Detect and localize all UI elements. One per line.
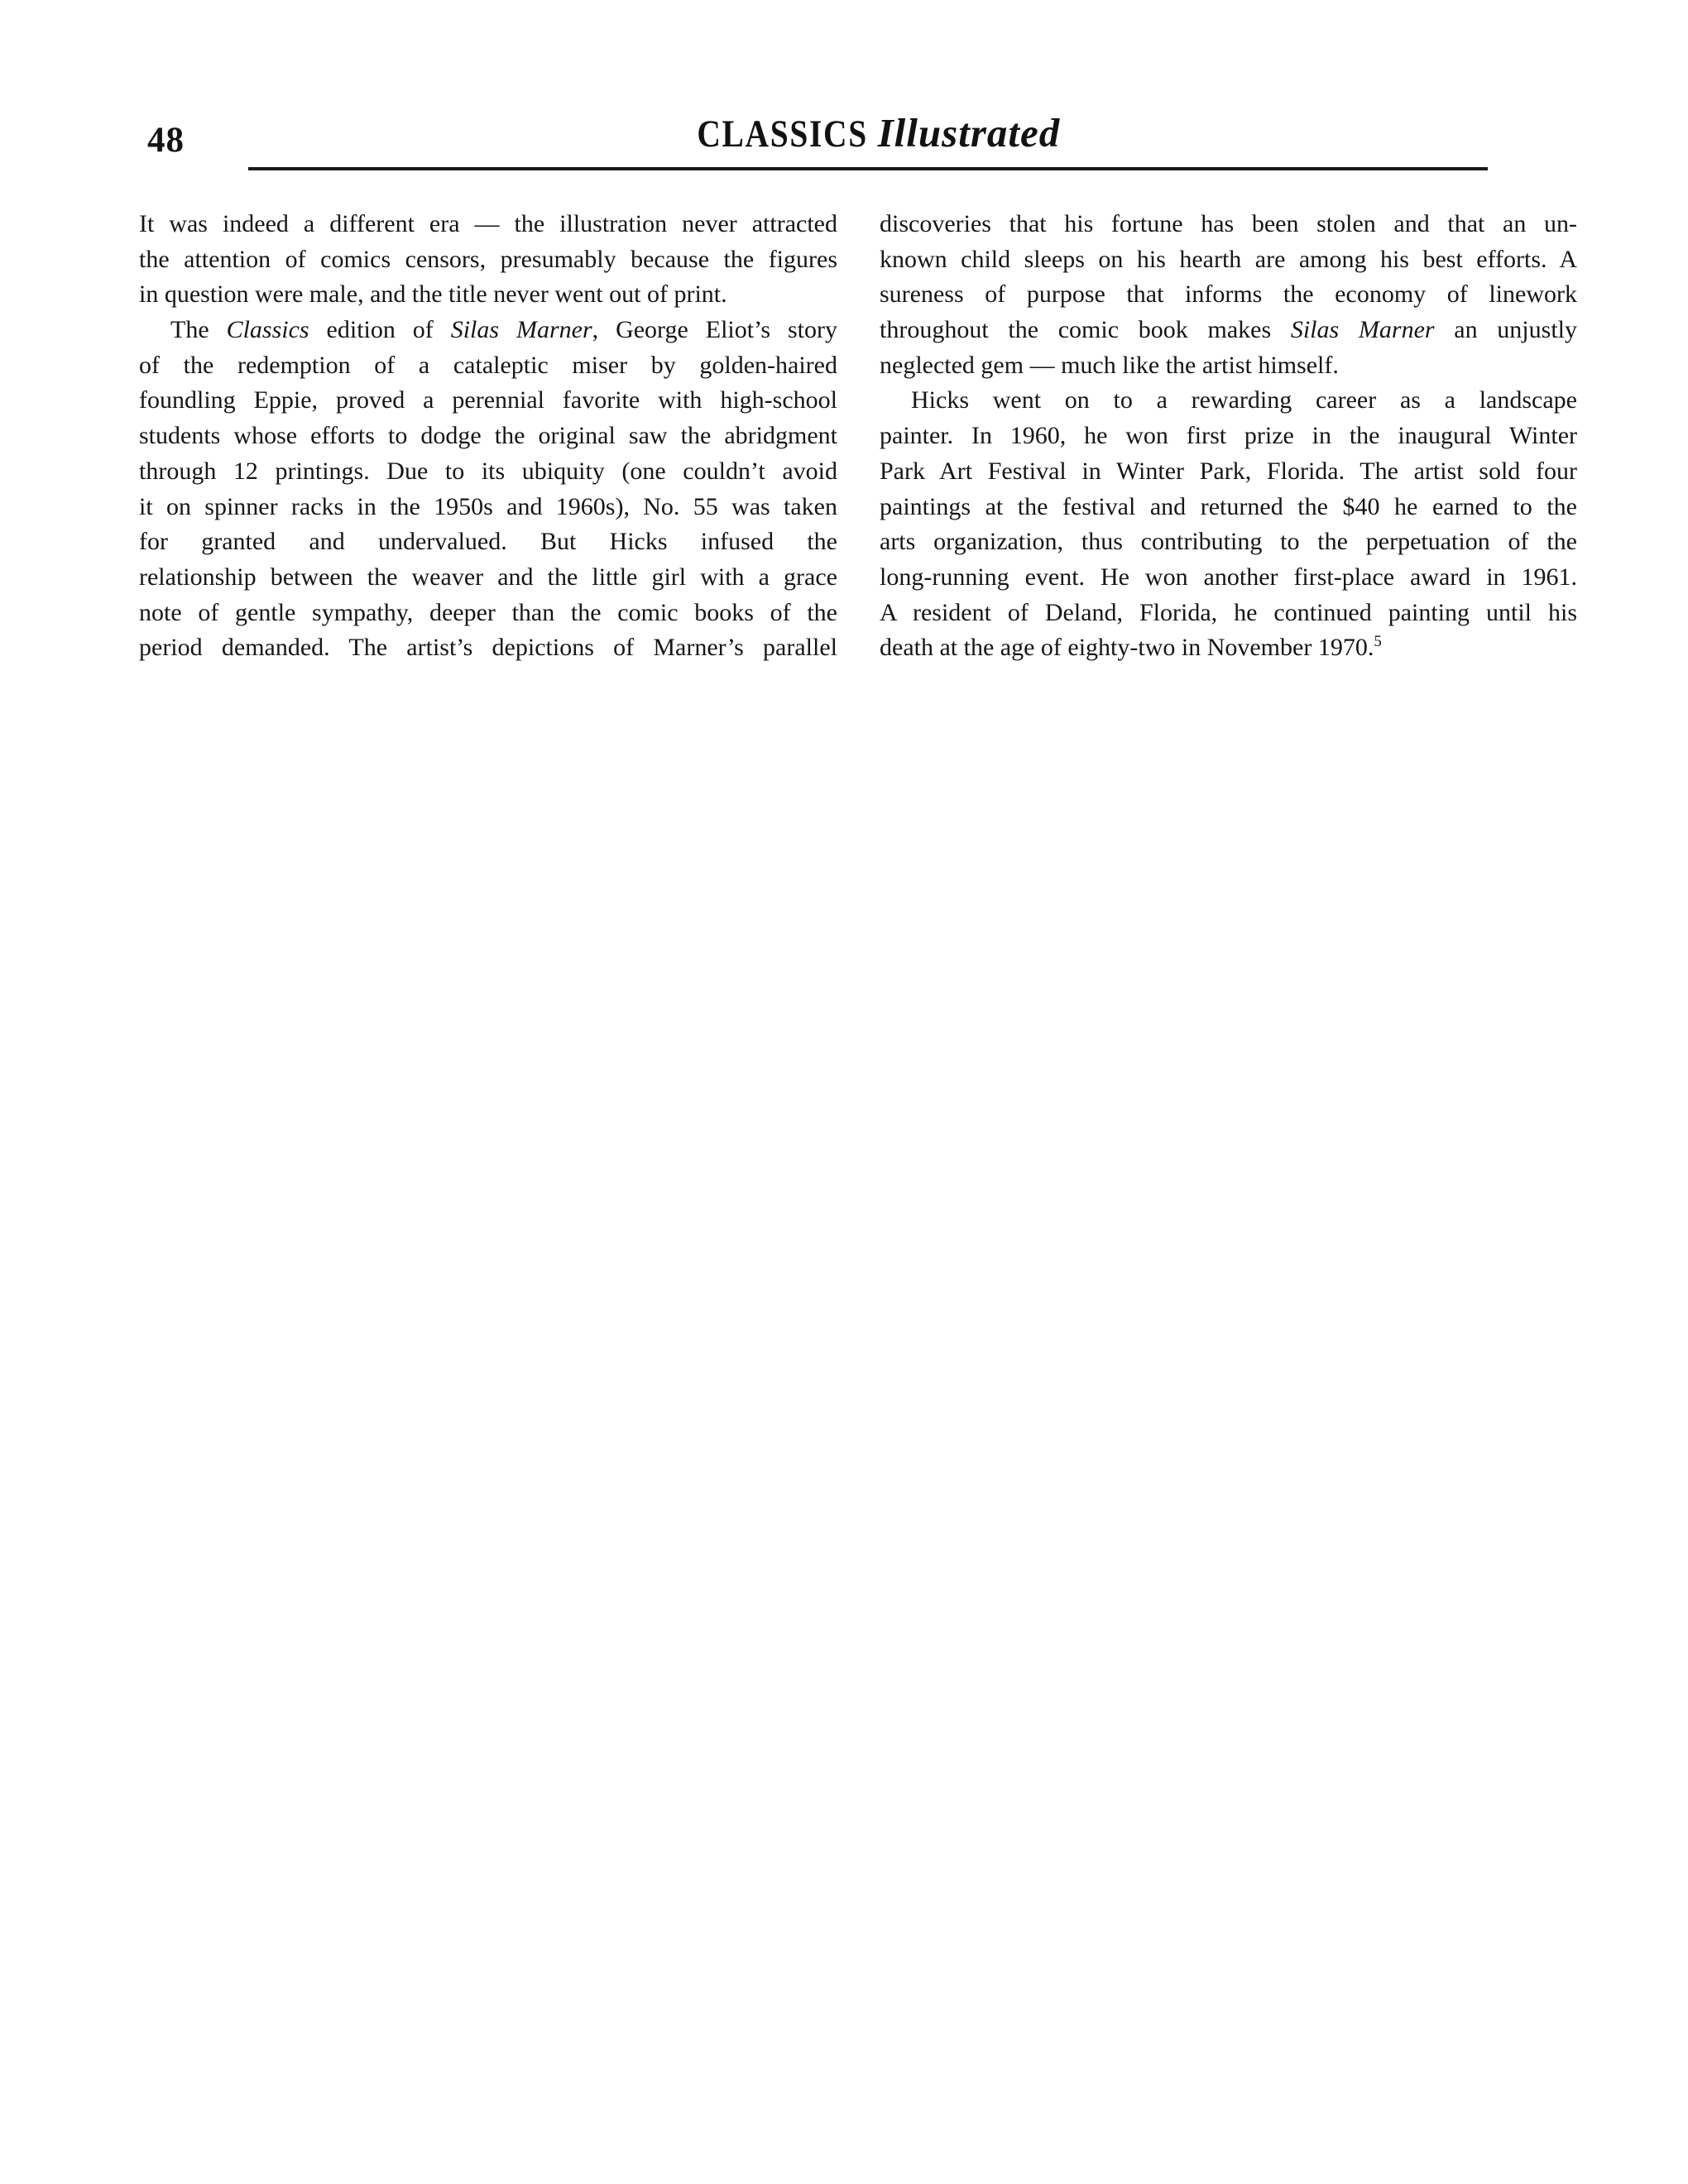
text-line: long-running event. He won another first…	[880, 560, 1577, 596]
body-text: known child sleeps on his hearth are amo…	[880, 246, 1577, 273]
body-text: of the redemption of a cataleptic miser …	[139, 352, 837, 379]
text-line: It was indeed a different era — the illu…	[139, 207, 837, 242]
text-line: neglected gem — much like the artist him…	[880, 348, 1577, 384]
body-text: discoveries that his fortune has been st…	[880, 210, 1577, 237]
body-text: Hicks went on to a rewarding career as a…	[911, 386, 1577, 414]
body-text: in question were male, and the title nev…	[139, 280, 727, 308]
illustrated-wordmark: Illustrated	[878, 113, 1061, 154]
text-line: paintings at the festival and returned t…	[880, 490, 1577, 525]
text-line: for granted and undervalued. But Hicks i…	[139, 524, 837, 560]
italic-text: Silas Marner	[1291, 316, 1435, 343]
body-text: neglected gem — much like the artist him…	[880, 352, 1339, 379]
body-text: paintings at the festival and returned t…	[880, 493, 1577, 520]
body-text: throughout the comic book makes	[880, 316, 1291, 343]
text-line: in question were male, and the title nev…	[139, 277, 837, 313]
body-text: foundling Eppie, proved a perennial favo…	[139, 386, 837, 414]
body-text: it on spinner racks in the 1950s and 196…	[139, 493, 837, 520]
text-line: painter. In 1960, he won first prize in …	[880, 419, 1577, 454]
text-line: The Classics edition of Silas Marner, Ge…	[139, 313, 837, 348]
text-line: it on spinner racks in the 1950s and 196…	[139, 490, 837, 525]
body-text: students whose efforts to dodge the orig…	[139, 422, 837, 449]
body-text: through 12 printings. Due to its ubiquit…	[139, 457, 837, 485]
body-text: Park Art Festival in Winter Park, Florid…	[880, 457, 1577, 485]
body-text: note of gentle sympathy, deeper than the…	[139, 599, 837, 626]
text-line: the attention of comics censors, presuma…	[139, 242, 837, 278]
book-page: 48 CLASSICS Illustrated It was indeed a …	[0, 0, 1688, 2184]
body-text: It was indeed a different era — the illu…	[139, 210, 837, 237]
text-line: A resident of Deland, Florida, he contin…	[880, 596, 1577, 631]
body-text: A resident of Deland, Florida, he contin…	[880, 599, 1577, 626]
classics-wordmark: CLASSICS	[697, 113, 868, 155]
text-line: arts organization, thus contributing to …	[880, 524, 1577, 560]
body-text: sureness of purpose that informs the eco…	[880, 280, 1577, 308]
text-line: Hicks went on to a rewarding career as a…	[880, 383, 1577, 419]
body-text: period demanded. The artist’s depictions…	[139, 634, 837, 661]
text-line: throughout the comic book makes Silas Ma…	[880, 313, 1577, 348]
text-line: foundling Eppie, proved a perennial favo…	[139, 383, 837, 419]
text-line: known child sleeps on his hearth are amo…	[880, 242, 1577, 278]
left-column: It was indeed a different era — the illu…	[139, 207, 837, 666]
italic-text: Classics	[227, 316, 309, 343]
running-head: CLASSICS Illustrated	[139, 113, 1585, 164]
header-rule	[248, 167, 1488, 170]
italic-text: Silas Marner	[451, 316, 592, 343]
body-text: an unjustly	[1435, 316, 1577, 343]
text-line: note of gentle sympathy, deeper than the…	[139, 596, 837, 631]
text-line: students whose efforts to dodge the orig…	[139, 419, 837, 454]
body-text: arts organization, thus contributing to …	[880, 528, 1577, 555]
footnote-marker: 5	[1374, 633, 1382, 650]
body-text: painter. In 1960, he won first prize in …	[880, 422, 1577, 449]
body-text: the attention of comics censors, presuma…	[139, 246, 837, 273]
body-text: for granted and undervalued. But Hicks i…	[139, 528, 837, 555]
body-text: , George Eliot’s story	[592, 316, 837, 343]
body-text: edition of	[309, 316, 451, 343]
text-line: period demanded. The artist’s depictions…	[139, 630, 837, 666]
right-column: discoveries that his fortune has been st…	[880, 207, 1577, 666]
text-line: death at the age of eighty-two in Novemb…	[880, 630, 1577, 666]
text-line: discoveries that his fortune has been st…	[880, 207, 1577, 242]
body-text: long-running event. He won another first…	[880, 563, 1577, 591]
body-text: relationship between the weaver and the …	[139, 563, 837, 591]
text-line: through 12 printings. Due to its ubiquit…	[139, 454, 837, 490]
text-line: Park Art Festival in Winter Park, Florid…	[880, 454, 1577, 490]
text-line: of the redemption of a cataleptic miser …	[139, 348, 837, 384]
text-line: sureness of purpose that informs the eco…	[880, 277, 1577, 313]
body-text: The	[170, 316, 227, 343]
body-text: death at the age of eighty-two in Novemb…	[880, 634, 1374, 661]
text-line: relationship between the weaver and the …	[139, 560, 837, 596]
